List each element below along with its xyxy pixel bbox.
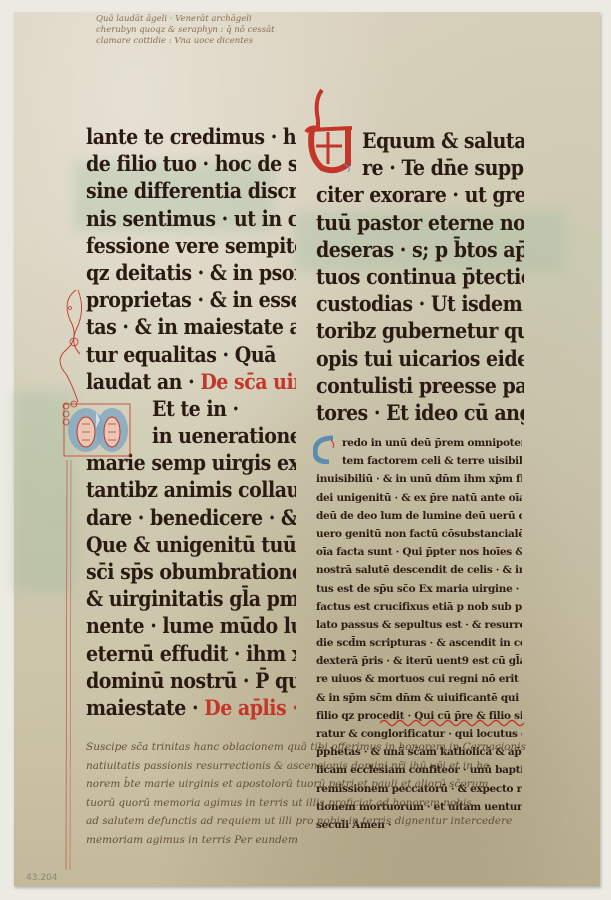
text-line: tem factorem celi & terre uisibiliū omni… <box>316 452 522 470</box>
text-line: die scd̄m scripturas · & ascendit in cel… <box>316 634 522 652</box>
text-line: & in sp̄m sc̄m dn̄m & uiuificantē qui ex… <box>316 689 522 707</box>
text-line: nente · lume mūdo lum <box>86 611 296 642</box>
text-line: oīa facta sunt · Qui p̄pter nos hoīes & … <box>316 543 522 561</box>
text-segment: maiestate · <box>86 695 198 720</box>
text-line: tuorū quorū memoria agimus in terris ut … <box>86 794 526 813</box>
text-line: Suscipe sc̄a trinitas hanc oblacionem qu… <box>86 738 526 757</box>
red-margin-rule <box>62 460 76 880</box>
text-line: ad salutem defunctis ad requiem ut illi … <box>86 812 526 831</box>
rubric-heading: De sc̄a uirgie <box>200 369 296 394</box>
text-line: uero genitū non factū cōsubstancialē p̄r… <box>316 525 522 543</box>
text-line: dei unigenitū · & ex p̄re natū ante oīa … <box>316 489 522 507</box>
text-line: memoriam agimus in terris Per eundem <box>86 831 526 850</box>
text-line: tores · Et ideo cū angl̄ <box>316 398 524 429</box>
note-line: clamare cottidie : Vna uoce dicentes <box>96 36 336 47</box>
rubric-heading: De ap̄lis · <box>204 695 296 720</box>
text-line: citer exorare · ut grege <box>316 180 524 211</box>
text-segment: laudat an · <box>86 369 194 394</box>
text-line: norem b̄te marie uirginis et apostolorū … <box>86 775 526 794</box>
decorated-initial-e-icon <box>60 398 132 460</box>
bottom-prayer-text: Suscipe sc̄a trinitas hanc oblacionem qu… <box>86 738 526 849</box>
note-line: cherubyn quoqz & seraphyn : q̄ nō cessāt <box>96 25 336 36</box>
text-line: toribz gubernetur quos <box>316 316 524 347</box>
note-line: Quā laudāt āgeli · Venerāt archāgeli <box>96 14 336 25</box>
red-line-filler-ornament <box>380 718 530 728</box>
red-pen-flourish <box>50 286 90 406</box>
text-line: redo in unū deū p̄rem omnipoten <box>316 434 522 452</box>
marginal-note: Quā laudāt āgeli · Venerāt archāgeli che… <box>96 14 336 47</box>
text-line: factus est crucifixus etiā p nob sub pon… <box>316 598 522 616</box>
text-line: maiestate · De ap̄lis · <box>86 693 296 724</box>
text-line: tas · & in maiestate adore <box>86 312 296 343</box>
text-line: dexterā p̄ris · & iterū uent9 est cū gl̄… <box>316 652 522 670</box>
text-line: nostrā salutē descendit de celis · & inc… <box>316 561 522 579</box>
text-line: natiuitatis passionis resurrectionis & a… <box>86 757 526 776</box>
text-line: tus est de sp̄u sc̄o Ex maria uirgine · … <box>316 580 522 598</box>
red-initial-v-icon <box>304 88 356 174</box>
blue-initial-c-icon <box>313 434 339 464</box>
text-line: inuisibiliū · & in unū dn̄m ihm xp̄m fil… <box>316 470 522 488</box>
text-line: sine differentia discretio <box>86 176 296 207</box>
text-line: deū de deo lum de lumine deū uerū de deo <box>316 507 522 525</box>
text-line: lato passus & sepultus est · & resurrexi… <box>316 616 522 634</box>
accession-number: 43.204 <box>26 873 58 883</box>
text-line: re uiuos & mortuos cui regni nō erit fin… <box>316 670 522 688</box>
